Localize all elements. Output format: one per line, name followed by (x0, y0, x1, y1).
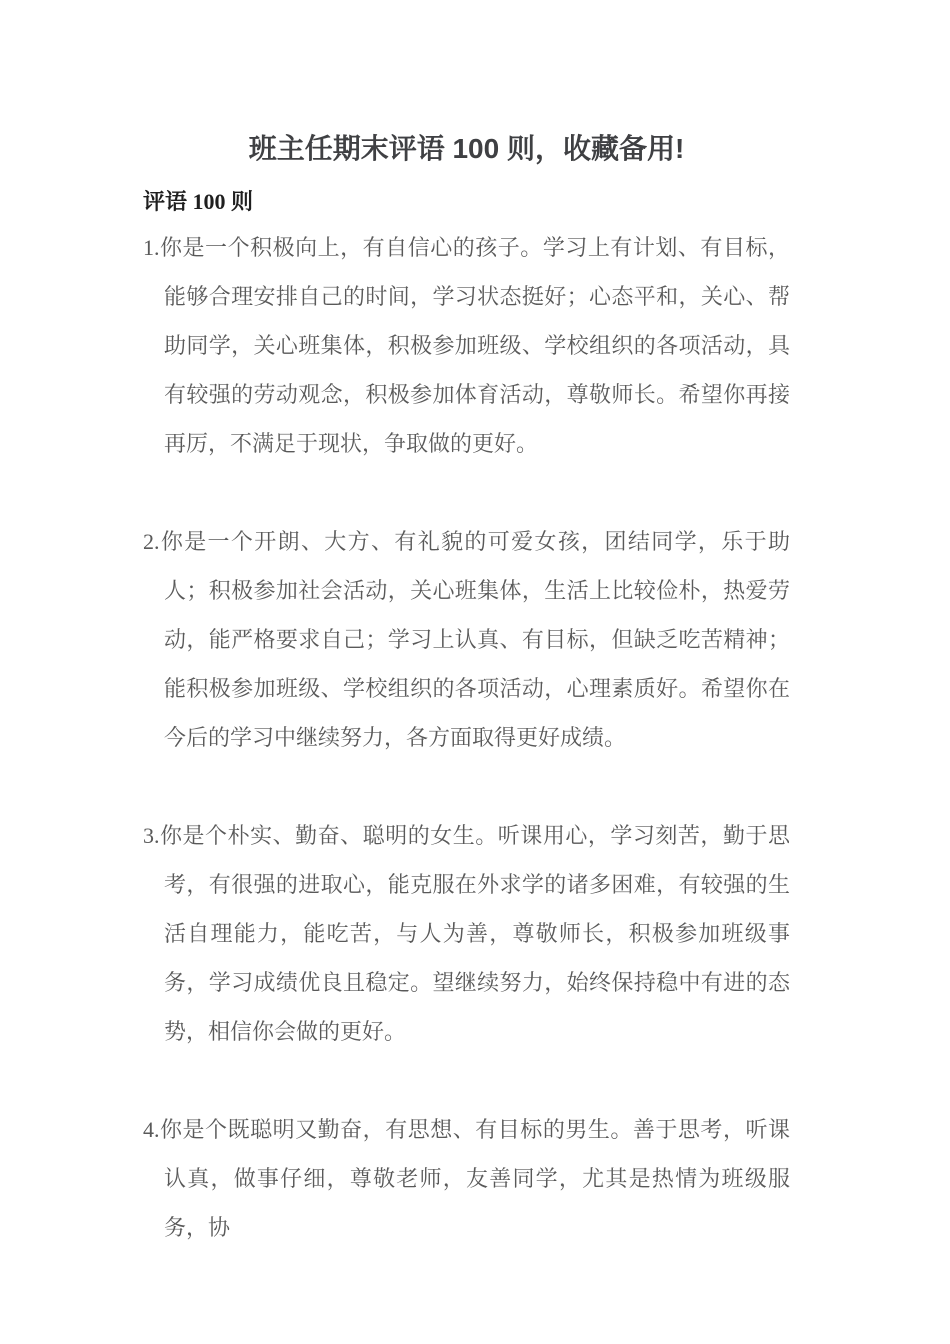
comment-number: 3. (143, 823, 160, 848)
comment-text: 你是一个开朗、大方、有礼貌的可爱女孩，团结同学，乐于助人；积极参加社会活动，关心… (160, 529, 791, 750)
comment-paragraph: 1.你是一个积极向上，有自信心的孩子。学习上有计划、有目标，能够合理安排自己的时… (143, 223, 790, 468)
comment-paragraph: 2.你是一个开朗、大方、有礼貌的可爱女孩，团结同学，乐于助人；积极参加社会活动，… (143, 517, 790, 762)
comment-paragraph: 3.你是个朴实、勤奋、聪明的女生。听课用心，学习刻苦，勤于思考，有很强的进取心，… (143, 811, 790, 1056)
document-title: 班主任期末评语 100 则，收藏备用! (143, 131, 790, 167)
section-heading: 评语 100 则 (143, 188, 790, 216)
comment-number: 1. (143, 235, 160, 260)
comment-text: 你是一个积极向上，有自信心的孩子。学习上有计划、有目标，能够合理安排自己的时间，… (160, 235, 791, 456)
comment-text: 你是个既聪明又勤奋，有思想、有目标的男生。善于思考，听课认真，做事仔细，尊敬老师… (160, 1117, 791, 1240)
comment-number: 2. (143, 529, 160, 554)
comment-list: 1.你是一个积极向上，有自信心的孩子。学习上有计划、有目标，能够合理安排自己的时… (143, 223, 790, 1252)
comment-text: 你是个朴实、勤奋、聪明的女生。听课用心，学习刻苦，勤于思考，有很强的进取心，能克… (160, 823, 791, 1044)
comment-paragraph: 4.你是个既聪明又勤奋，有思想、有目标的男生。善于思考，听课认真，做事仔细，尊敬… (143, 1105, 790, 1252)
comment-number: 4. (143, 1117, 160, 1142)
document-page: 班主任期末评语 100 则，收藏备用! 评语 100 则 1.你是一个积极向上，… (0, 0, 950, 1344)
